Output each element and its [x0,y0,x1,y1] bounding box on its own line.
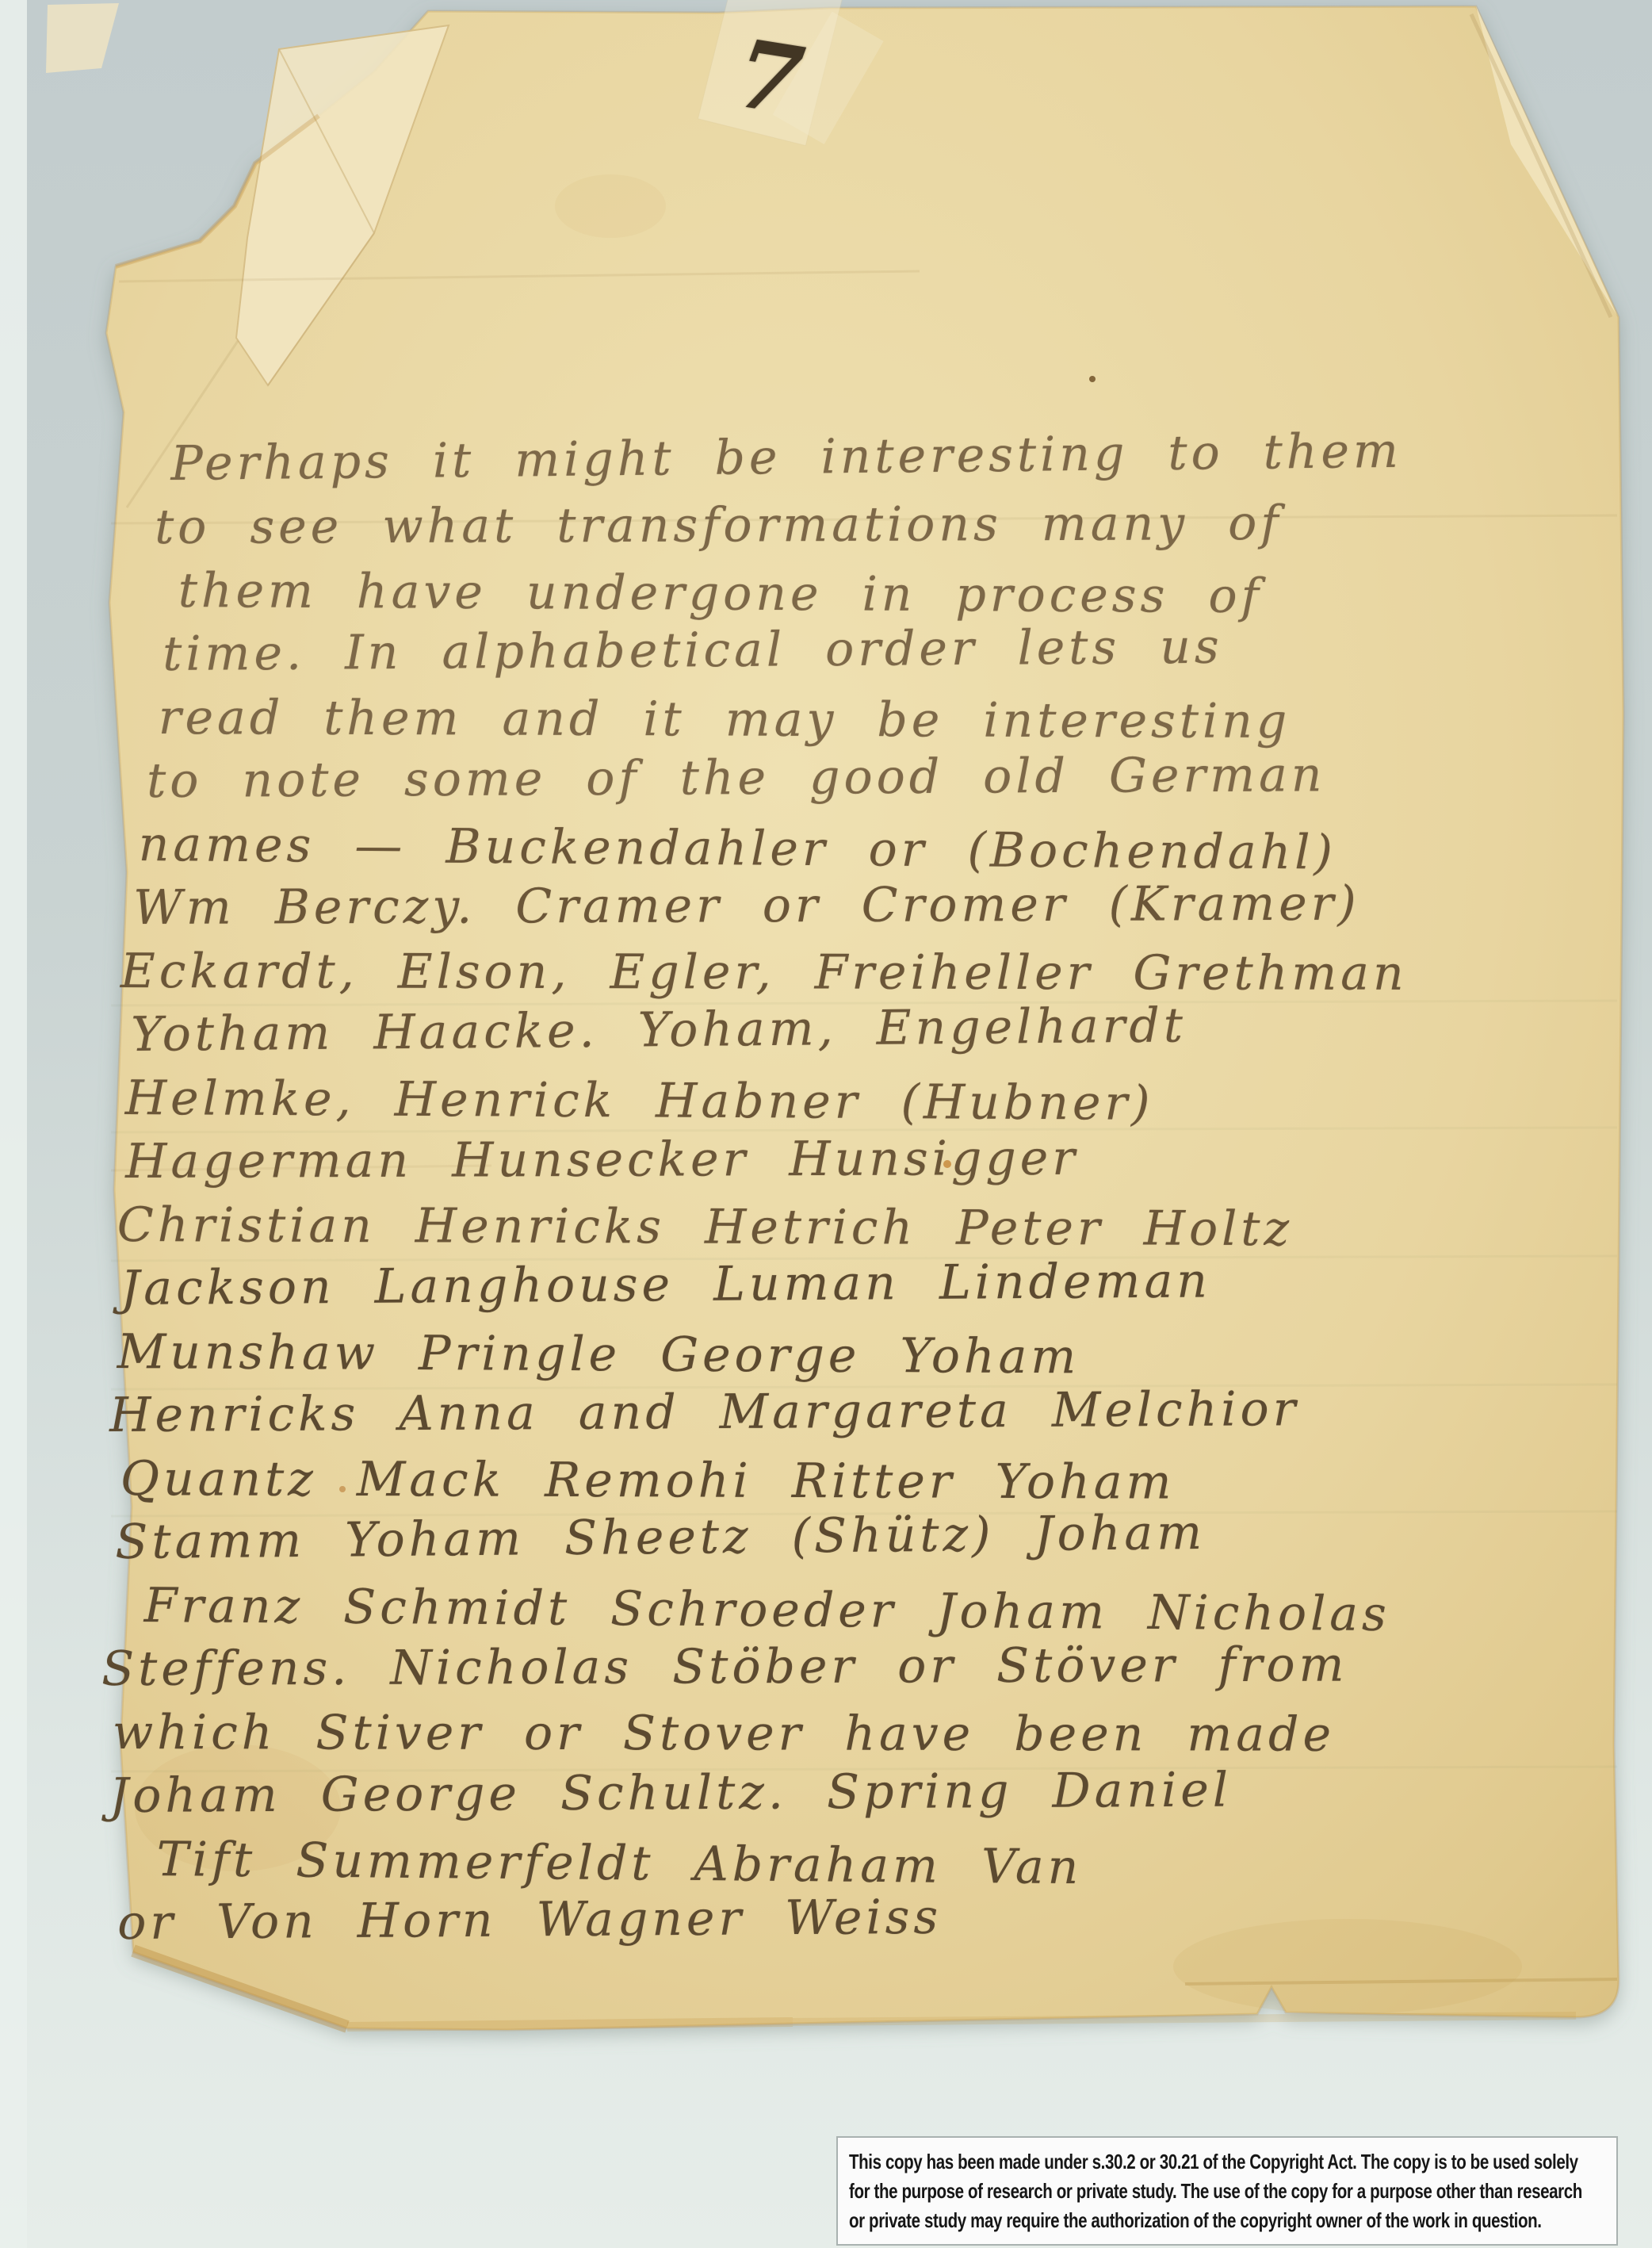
handwriting-line: Steffens. Nicholas Stöber or Stöver from [101,1637,1348,1697]
handwriting-line: Henricks Anna and Margareta Melchior [109,1381,1299,1443]
browned-edge [347,2022,793,2027]
handwriting-line: Yotham Haacke. Yoham, Engelhardt [131,998,1187,1063]
handwriting-line: them have undergone in process of [178,563,1263,624]
handwriting-line: names — Buckendahler or (Bochendahl) [139,817,1337,881]
handwriting-line: Stamm Yoham Sheetz (Shütz) Joham [115,1505,1206,1570]
handwriting-line: Wm Berczy. Cramer or Cromer (Kramer) [133,876,1360,936]
handwriting-line: or Von Horn Wagner Weiss [117,1890,942,1951]
stamp-text-line-2: for the purpose of research or private s… [849,2177,1455,2206]
handwriting-line: Tift Summerfeldt Abraham Van [156,1832,1082,1895]
handwriting-line: to see what transformations many of [155,496,1283,555]
scanner-edge-strip [0,0,27,2248]
stamp-text-line-3: or private study may require the authori… [849,2206,1455,2235]
handwriting-line: Christian Henricks Hetrich Peter Holtz [117,1197,1293,1257]
handwriting-line: Franz Schmidt Schroeder Joham Nicholas [144,1578,1391,1642]
handwriting-line: Hagerman Hunsecker Hunsigger [125,1131,1079,1189]
handwriting-line: to note some of the good old German [147,747,1326,809]
ink-speck [1089,376,1096,382]
stamp-text-line-1: This copy has been made under s.30.2 or … [849,2147,1455,2177]
handwriting-line: Joham George Schultz. Spring Daniel [109,1763,1232,1824]
handwriting-line: Eckardt, Elson, Egler, Freiheller Grethm… [120,944,1408,1001]
torn-paper-fragment [46,3,119,73]
handwriting-line: Helmke, Henrick Habner (Hubner) [125,1070,1154,1132]
stain [1173,1919,1522,2014]
handwriting-line: time. In alphabetical order lets us [163,619,1223,682]
handwriting-line: Jackson Langhouse Luman Lindeman [120,1253,1211,1316]
handwriting-line: Munshaw Pringle George Yoham [117,1324,1080,1384]
handwriting-line: Quantz Mack Remohi Ritter Yoham [120,1451,1176,1511]
handwriting-line: read them and it may be interesting [159,690,1291,749]
handwriting-line: which Stiver or Stover have been made [113,1705,1335,1763]
scanned-page: 7 Perhaps it might be interesting to the… [0,0,1652,2248]
copyright-stamp: This copy has been made under s.30.2 or … [836,2136,1618,2246]
stain [555,174,666,238]
